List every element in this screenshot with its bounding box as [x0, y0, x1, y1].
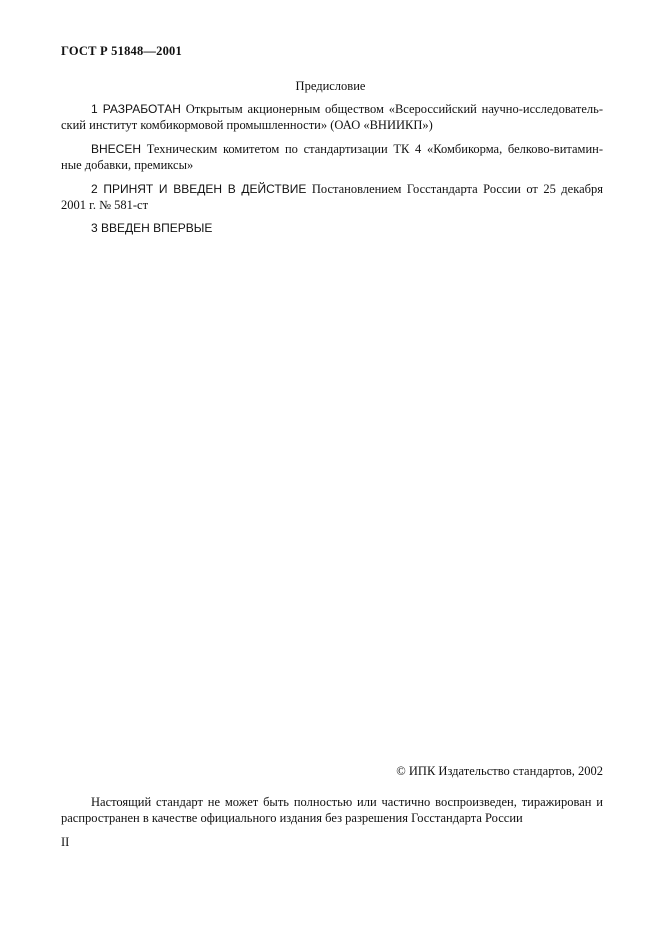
paragraph-introduced: ВНЕСЕН Техническим комитетом по стандарт… [61, 141, 603, 173]
copyright-line: © ИПК Издательство стандартов, 2002 [396, 764, 603, 779]
paragraph-lead: 2 ПРИНЯТ И ВВЕДЕН В ДЕЙСТВИЕ [91, 182, 306, 196]
paragraph-adopted: 2 ПРИНЯТ И ВВЕДЕН В ДЕЙСТВИЕ Постановлен… [61, 181, 603, 213]
paragraph-text: Техническим комитетом по стандартизации … [61, 142, 603, 172]
paragraph-lead: ВНЕСЕН [91, 142, 141, 156]
paragraph-first-introduced: 3 ВВЕДЕН ВПЕРВЫЕ [61, 220, 603, 236]
paragraph-developed: 1 РАЗРАБОТАН Открытым акционерным общест… [61, 101, 603, 133]
document-id: ГОСТ Р 51848—2001 [61, 44, 182, 59]
reproduction-notice: Настоящий стандарт не может быть полност… [61, 794, 603, 826]
paragraph-lead: 1 РАЗРАБОТАН [91, 102, 181, 116]
section-title: Предисловие [0, 79, 661, 94]
page-number: II [61, 835, 69, 850]
paragraph-lead: 3 ВВЕДЕН ВПЕРВЫЕ [91, 221, 212, 235]
